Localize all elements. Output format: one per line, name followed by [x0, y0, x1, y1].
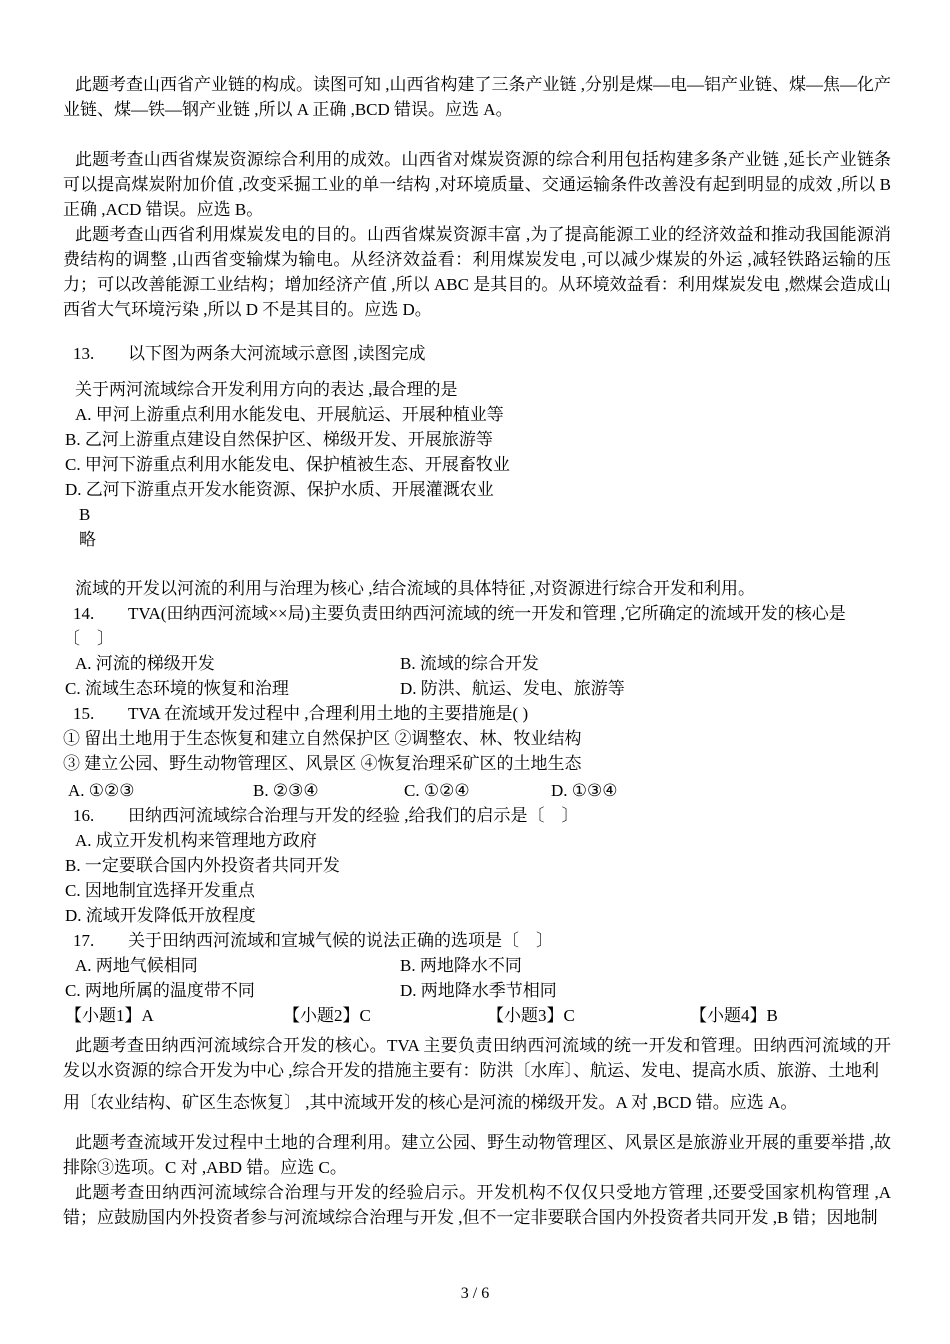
question-text: TVA(田纳西河流域××局)主要负责田纳西河流域的统一开发和管理 ,它所确定的流… [128, 601, 846, 626]
explanation-paragraph: 此题考查山西省产业链的构成。读图可知 ,山西省构建了三条产业链 ,分别是煤—电—… [63, 72, 891, 122]
question-15-items: ① 留出土地用于生态恢复和建立自然保护区 ②调整农、林、牧业结构 [63, 726, 891, 751]
document-content: 此题考查山西省产业链的构成。读图可知 ,山西省构建了三条产业链 ,分别是煤—电—… [63, 72, 891, 1230]
options-row: C. 两地所属的温度带不同 D. 两地降水季节相同 [63, 978, 891, 1003]
option-a: A. 成立开发机构来管理地方政府 [63, 828, 891, 853]
option-d: D. 乙河下游重点开发水能资源、保护水质、开展灌溉农业 [63, 477, 891, 502]
option-a: A. ①②③ [68, 778, 135, 803]
option-c: C. 流域生态环境的恢复和治理 [65, 676, 289, 701]
option-c: C. 两地所属的温度带不同 [65, 978, 255, 1003]
explanation-paragraph: 此题考查田纳西河流域综合开发的核心。TVA 主要负责田纳西河流域的统一开发和管理… [63, 1033, 891, 1083]
explanation-paragraph: 此题考查山西省煤炭资源综合利用的成效。山西省对煤炭资源的综合利用包括构建多条产业… [63, 147, 891, 222]
sub-answer-1: 【小题1】A [65, 1003, 154, 1028]
analysis-text: 略 [63, 527, 891, 552]
intro-paragraph: 流域的开发以河流的利用与治理为核心 ,结合流域的具体特征 ,对资源进行综合开发和… [63, 576, 891, 601]
answer-bracket: 〔 〕 [63, 626, 891, 651]
sub-answers-row: 【小题1】A 【小题2】C 【小题3】C 【小题4】B [63, 1003, 891, 1028]
option-a: A. 甲河上游重点利用水能发电、开展航运、开展种植业等 [63, 402, 891, 427]
sub-answer-3: 【小题3】C [487, 1003, 575, 1028]
question-text: 田纳西河流域综合治理与开发的经验 ,给我们的启示是〔 〕 [128, 803, 579, 828]
option-b: B. ②③④ [253, 778, 319, 803]
options-row: A. ①②③ B. ②③④ C. ①②④ D. ①③④ [63, 778, 891, 803]
document-page: 此题考查山西省产业链的构成。读图可知 ,山西省构建了三条产业链 ,分别是煤—电—… [0, 0, 950, 1344]
page-number: 3 / 6 [0, 1281, 950, 1306]
option-b: B. 两地降水不同 [400, 953, 522, 978]
option-a: A. 河流的梯级开发 [75, 651, 215, 676]
option-d: D. 两地降水季节相同 [400, 978, 557, 1003]
explanation-paragraph: 此题考查山西省利用煤炭发电的目的。山西省煤炭资源丰富 ,为了提高能源工业的经济效… [63, 222, 891, 322]
explanation-paragraph: 此题考查流域开发过程中土地的合理利用。建立公园、野生动物管理区、风景区是旅游业开… [63, 1130, 891, 1180]
option-b: B. 流域的综合开发 [400, 651, 539, 676]
question-number: 13. [63, 341, 128, 366]
question-17-line: 17. 关于田纳西河流域和宣城气候的说法正确的选项是〔 〕 [63, 928, 891, 953]
question-number: 16. [63, 803, 128, 828]
options-row: C. 流域生态环境的恢复和治理 D. 防洪、航运、发电、旅游等 [63, 676, 891, 701]
sub-answer-4: 【小题4】B [690, 1003, 778, 1028]
option-d: D. ①③④ [551, 778, 618, 803]
options-row: A. 两地气候相同 B. 两地降水不同 [63, 953, 891, 978]
question-15-line: 15. TVA 在流域开发过程中 ,合理利用土地的主要措施是( ) [63, 701, 891, 726]
option-d: D. 流域开发降低开放程度 [63, 903, 891, 928]
question-text: TVA 在流域开发过程中 ,合理利用土地的主要措施是( ) [128, 701, 528, 726]
question-16-line: 16. 田纳西河流域综合治理与开发的经验 ,给我们的启示是〔 〕 [63, 803, 891, 828]
sub-answer-2: 【小题2】C [283, 1003, 371, 1028]
question-number: 15. [63, 701, 128, 726]
question-text: 关于田纳西河流域和宣城气候的说法正确的选项是〔 〕 [128, 928, 553, 953]
option-c: C. 因地制宜选择开发重点 [63, 878, 891, 903]
question-number: 14. [63, 601, 128, 626]
question-13-stem: 关于两河流域综合开发利用方向的表达 ,最合理的是 [63, 377, 891, 402]
option-d: D. 防洪、航运、发电、旅游等 [400, 676, 625, 701]
option-b: B. 乙河上游重点建设自然保护区、梯级开发、开展旅游等 [63, 427, 891, 452]
question-14-line: 14. TVA(田纳西河流域××局)主要负责田纳西河流域的统一开发和管理 ,它所… [63, 601, 891, 626]
question-text: 以下图为两条大河流域示意图 ,读图完成 [128, 341, 426, 366]
option-a: A. 两地气候相同 [75, 953, 198, 978]
question-13-line: 13. 以下图为两条大河流域示意图 ,读图完成 [63, 341, 891, 366]
options-row: A. 河流的梯级开发 B. 流域的综合开发 [63, 651, 891, 676]
option-c: C. ①②④ [404, 778, 470, 803]
option-b: B. 一定要联合国内外投资者共同开发 [63, 853, 891, 878]
question-15-items: ③ 建立公园、野生动物管理区、风景区 ④恢复治理采矿区的土地生态 [63, 751, 891, 776]
explanation-paragraph-continued: 用〔农业结构、矿区生态恢复〕 ,其中流域开发的核心是河流的梯级开发。A 对 ,B… [63, 1090, 891, 1115]
explanation-paragraph: 此题考查田纳西河流域综合治理与开发的经验启示。开发机构不仅仅只受地方管理 ,还要… [63, 1180, 891, 1230]
question-number: 17. [63, 928, 128, 953]
option-c: C. 甲河下游重点利用水能发电、保护植被生态、开展畜牧业 [63, 452, 891, 477]
answer-text: B [63, 502, 891, 527]
